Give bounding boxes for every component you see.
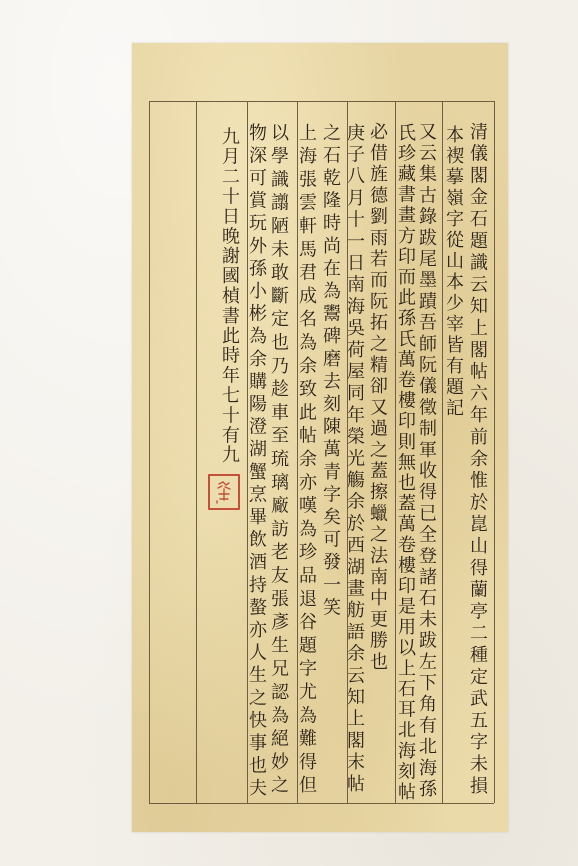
calligraphy-column-1: 清儀閣金石題識云知上閣帖六年前余惟於崑山得蘭亭二種定武五字未損 xyxy=(466,122,488,798)
calligraphy-column-10: 物深可賞玩外孫小彬為余購陽澄湖蟹烹畢飲酒持螯亦人生之快事也夫 xyxy=(245,123,267,801)
calligraphy-column-3: 又云集古錄跋尾墨蹟吾師阮儀徵制軍收得已全登諸石未跋左下角有北海孫 xyxy=(415,122,437,800)
calligraphy-column-7: 之石乾隆時尚在為鬻碑磨去刻陳萬青字矣可發一笑 xyxy=(319,123,341,620)
grid-vertical-rule xyxy=(149,101,150,803)
grid-bottom-rule xyxy=(149,803,494,804)
calligraphy-column-8: 上海張雲軒馬君成名為余致此帖余亦嘆為珍品退谷題字尤為難得但 xyxy=(295,123,317,799)
red-seal-stamp xyxy=(208,474,240,510)
grid-vertical-rule xyxy=(196,101,197,803)
calligraphy-column-9: 以學識譾陋未敢斷定也乃趁車至琉璃廠訪老友張彥生兄認為絕妙之 xyxy=(267,123,289,799)
seal-glyph-icon xyxy=(214,480,234,504)
calligraphy-column-signature: 九月二十日晚謝國楨書此時年七十有九 xyxy=(218,127,240,465)
grid-vertical-rule xyxy=(494,101,495,803)
scroll-mount: 清儀閣金石題識云知上閣帖六年前余惟於崑山得蘭亭二種定武五字未損 本禊摹嶺字從山本… xyxy=(0,0,578,866)
calligraphy-column-2: 本禊摹嶺字從山本少宰皆有題記 xyxy=(442,125,464,419)
calligraphy-column-4: 氏珍藏書畫方印而此孫氏萬卷樓印則無也蓋萬卷樓印是用以上石耳北海刻帖 xyxy=(394,123,416,803)
calligraphy-column-6: 庚子八月十一日南海吳荷屋同年榮光觴余於西湖畫舫語余云知上閣末帖 xyxy=(343,123,365,796)
calligraphy-column-5: 必借旌德劉雨若而阮拓之精卻又過之蓋擦蠟之法南中更勝也 xyxy=(366,122,388,673)
